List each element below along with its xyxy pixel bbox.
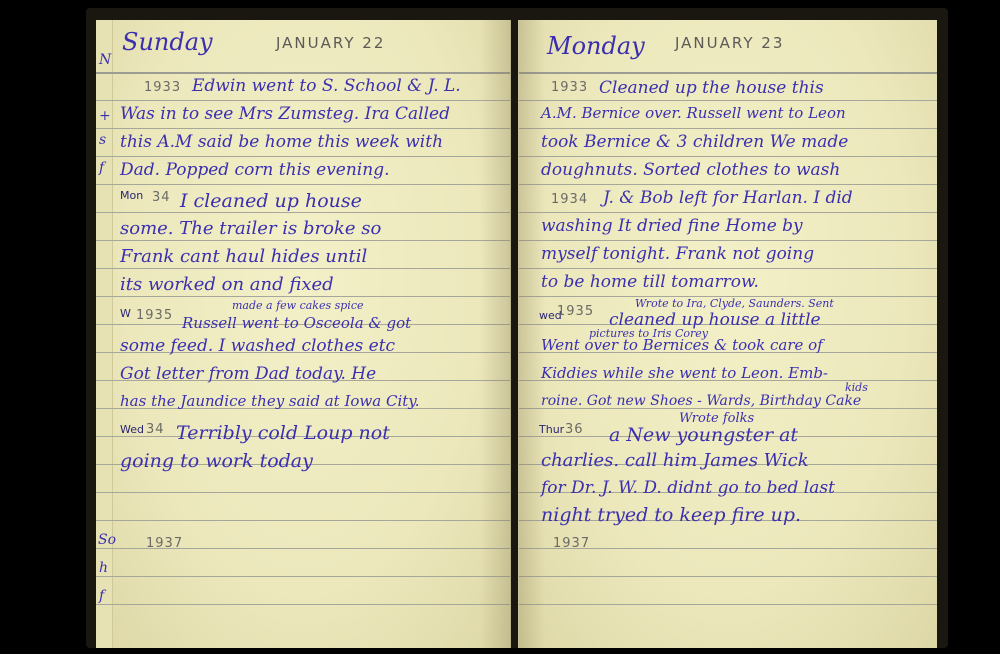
entry-line: has the Jaundice they said at Iowa City. bbox=[120, 394, 420, 409]
rule-line bbox=[96, 492, 510, 493]
entry-year: 34 bbox=[152, 190, 171, 205]
margin-mark: f bbox=[99, 588, 104, 604]
rule-line bbox=[96, 212, 510, 213]
entry-line: for Dr. J. W. D. didnt go to bed last bbox=[541, 480, 835, 497]
entry-line: Frank cant haul hides until bbox=[120, 248, 367, 266]
rule-line bbox=[519, 268, 937, 269]
day-name: Monday bbox=[547, 34, 645, 58]
rule-line bbox=[519, 184, 937, 185]
entry-year: 1934 bbox=[551, 192, 588, 207]
entry-line: took Bernice & 3 children We made bbox=[541, 134, 848, 151]
entry-year: 1937 bbox=[553, 536, 590, 551]
entry-day-label: W bbox=[120, 308, 131, 319]
margin-mark: h bbox=[99, 560, 108, 576]
margin-mark: f bbox=[99, 160, 104, 176]
entry-line: roine. Got new Shoes - Wards, Birthday C… bbox=[541, 394, 861, 408]
entry-line: to be home till tomarrow. bbox=[541, 274, 759, 291]
entry-line: going to work today bbox=[120, 452, 313, 471]
rule-line bbox=[96, 100, 510, 101]
entry-line: some. The trailer is broke so bbox=[120, 220, 381, 238]
rule-line bbox=[96, 520, 510, 521]
header-rule bbox=[96, 72, 510, 74]
entry-day-label: Wed bbox=[120, 424, 144, 435]
diary-book: JANUARY 22 Sunday N + s f So h f 1933 Ed… bbox=[86, 8, 948, 648]
entry-line: myself tonight. Frank not going bbox=[541, 246, 814, 263]
entry-note: made a few cakes spice bbox=[232, 300, 364, 311]
day-name: Sunday bbox=[122, 30, 213, 54]
entry-line: Russell went to Osceola & got bbox=[182, 316, 411, 331]
margin-mark: s bbox=[99, 132, 106, 148]
entry-line: Kiddies while she went to Leon. Emb- bbox=[541, 366, 828, 381]
entry-note: kids bbox=[845, 382, 868, 393]
right-page: JANUARY 23 Monday 1933 Cleaned up the ho… bbox=[518, 20, 937, 648]
entry-line: night tryed to keep fire up. bbox=[541, 506, 801, 525]
header-rule bbox=[519, 72, 937, 74]
entry-line: J. & Bob left for Harlan. I did bbox=[603, 190, 853, 207]
entry-year: 1935 bbox=[557, 304, 594, 319]
rule-line bbox=[519, 100, 937, 101]
margin-mark: So bbox=[98, 532, 116, 548]
entry-year: 1933 bbox=[551, 80, 588, 95]
rule-line bbox=[519, 240, 937, 241]
rule-line bbox=[96, 576, 510, 577]
margin-mark: N bbox=[99, 52, 111, 68]
rule-line bbox=[96, 184, 510, 185]
rule-line bbox=[96, 268, 510, 269]
entry-line: Terribly cold Loup not bbox=[176, 424, 390, 443]
entry-year: 1937 bbox=[146, 536, 183, 551]
date-header: JANUARY 23 bbox=[675, 34, 784, 52]
rule-line bbox=[519, 212, 937, 213]
entry-line: Went over to Bernices & took care of bbox=[541, 338, 823, 353]
entry-line: some feed. I washed clothes etc bbox=[120, 338, 395, 355]
entry-line: this A.M said be home this week with bbox=[120, 134, 443, 151]
entry-line: A.M. Bernice over. Russell went to Leon bbox=[541, 106, 846, 121]
rule-line bbox=[96, 156, 510, 157]
rule-line bbox=[96, 296, 510, 297]
rule-line bbox=[96, 604, 510, 605]
margin-mark: + bbox=[99, 108, 111, 124]
entry-day-label: Thur bbox=[539, 424, 564, 435]
rule-line bbox=[519, 576, 937, 577]
rule-line bbox=[96, 128, 510, 129]
rule-line bbox=[519, 128, 937, 129]
entry-line: Was in to see Mrs Zumsteg. Ira Called bbox=[120, 106, 450, 123]
entry-line: Got letter from Dad today. He bbox=[120, 366, 376, 383]
entry-day-label: Mon bbox=[120, 190, 143, 201]
rule-line bbox=[96, 240, 510, 241]
entry-line: washing It dried fine Home by bbox=[541, 218, 803, 235]
entry-year: 1935 bbox=[136, 308, 173, 323]
entry-line: doughnuts. Sorted clothes to wash bbox=[541, 162, 840, 179]
entry-note: Wrote to Ira, Clyde, Saunders. Sent bbox=[635, 298, 834, 309]
entry-line: its worked on and fixed bbox=[120, 276, 334, 294]
entry-year: 36 bbox=[565, 422, 584, 437]
rule-line bbox=[519, 604, 937, 605]
entry-line: Edwin went to S. School & J. L. bbox=[192, 78, 461, 95]
entry-line: Dad. Popped corn this evening. bbox=[120, 162, 389, 179]
entry-year: 34 bbox=[146, 422, 165, 437]
entry-year: 1933 bbox=[144, 80, 181, 95]
entry-line: I cleaned up house bbox=[180, 192, 362, 211]
date-header: JANUARY 22 bbox=[276, 34, 385, 52]
entry-line: a New youngster at bbox=[609, 426, 798, 445]
left-page: JANUARY 22 Sunday N + s f So h f 1933 Ed… bbox=[96, 20, 511, 648]
rule-line bbox=[519, 156, 937, 157]
entry-line: charlies. call him James Wick bbox=[541, 452, 809, 470]
entry-line: Cleaned up the house this bbox=[599, 80, 824, 97]
